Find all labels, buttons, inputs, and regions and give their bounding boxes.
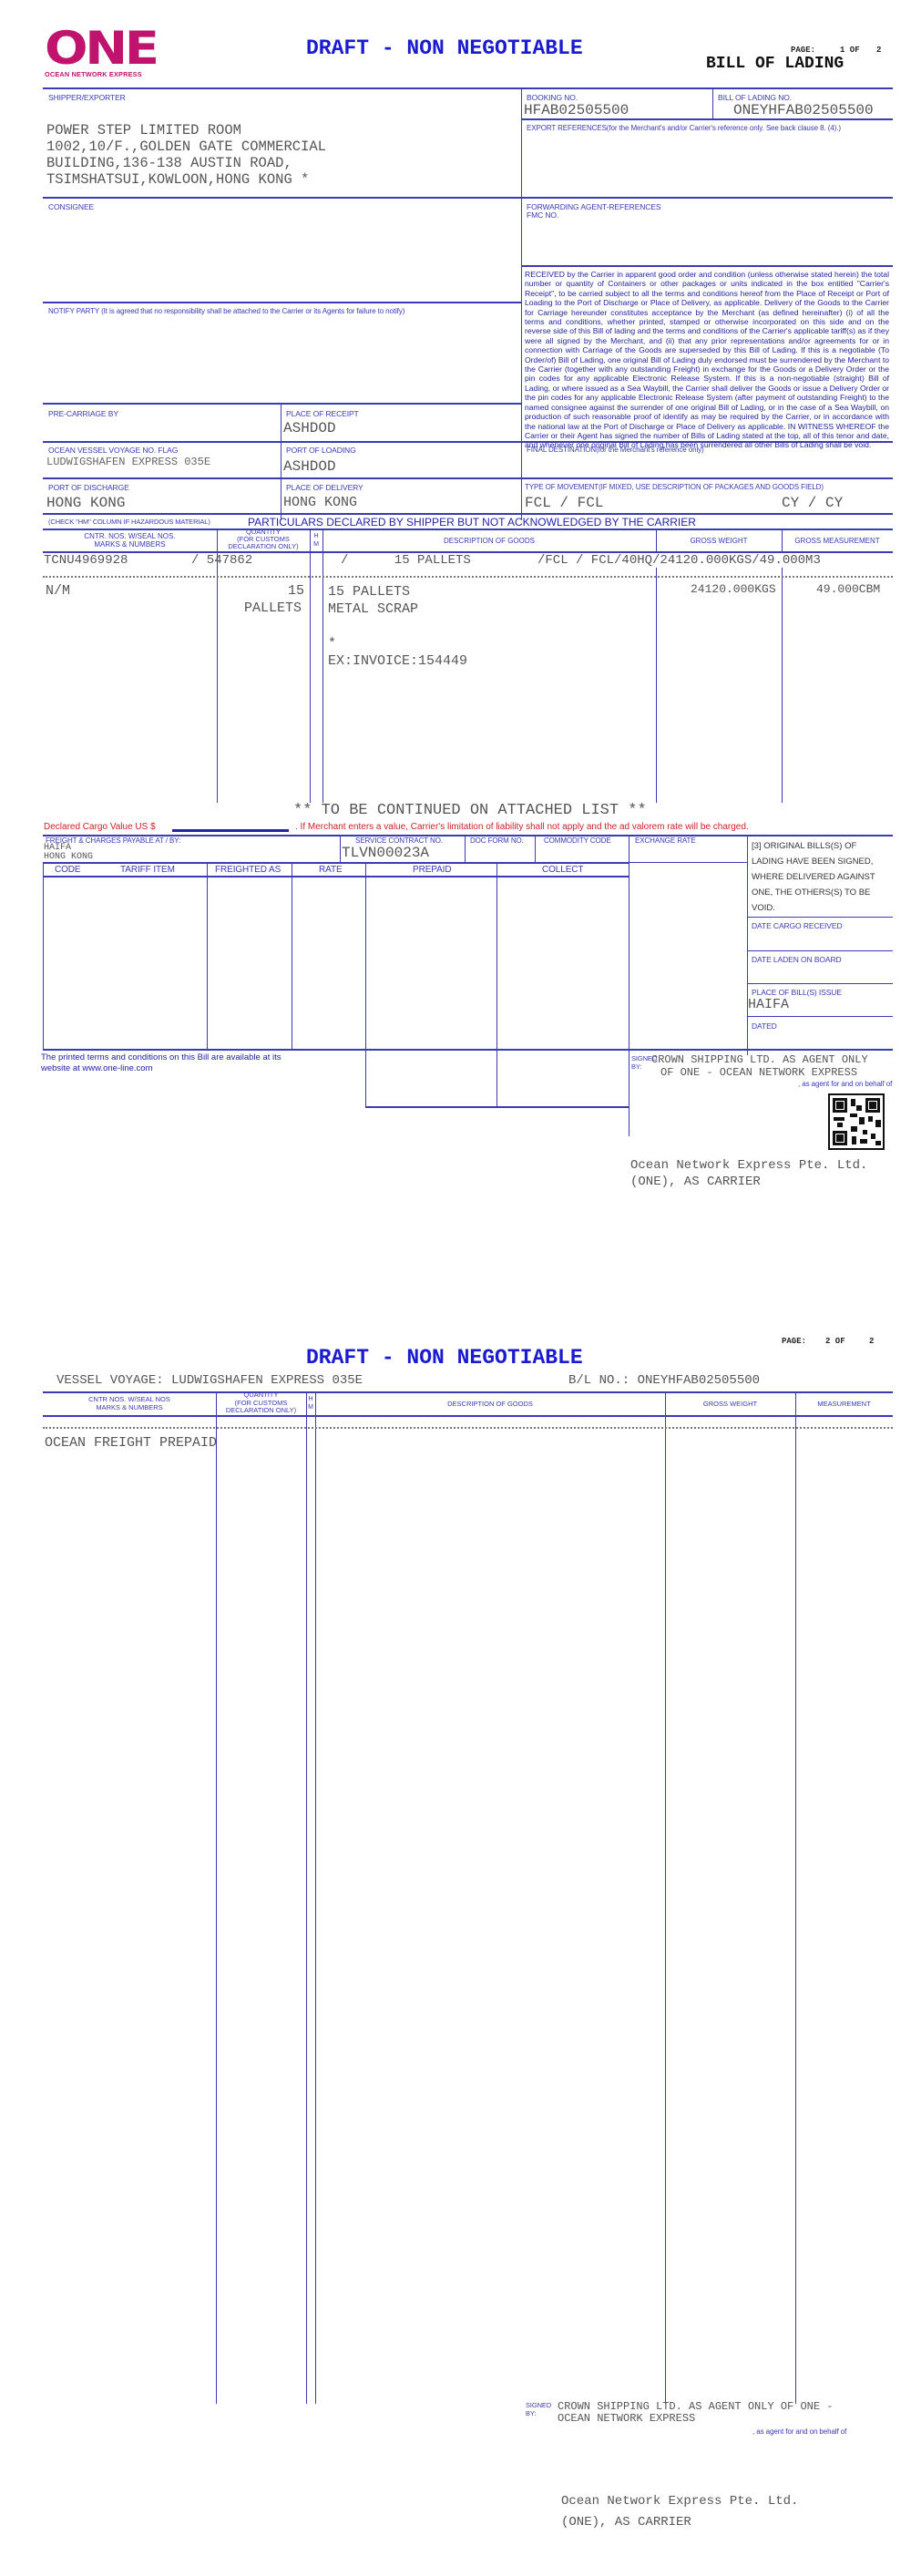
place-of-receipt-value: ASHDOD	[283, 420, 336, 436]
column-header-marks: CNTR. NOS. W/SEAL NOS. MARKS & NUMBERS	[43, 532, 217, 549]
page2-row-marks: OCEAN FREIGHT PREPAID	[45, 1435, 217, 1451]
commodity-code-label: COMMODITY CODE	[544, 836, 611, 845]
vessel-voyage-label: OCEAN VESSEL VOYAGE NO. FLAG	[48, 446, 178, 455]
container-details: /FCL / FCL/40HQ/24120.000KGS/49.000M3	[537, 553, 821, 568]
page2-column-header-marks: CNTR NOS. W/SEAL NOS MARKS & NUMBERS	[43, 1395, 216, 1411]
consignee-label: CONSIGNEE	[48, 202, 94, 211]
service-contract-label: SERVICE CONTRACT NO.	[355, 836, 443, 845]
page2-column-header-hm: H M	[306, 1395, 315, 1411]
charges-col-prepaid: PREPAID	[413, 865, 451, 875]
declared-value-notice: . If Merchant enters a value, Carrier's …	[295, 822, 749, 832]
place-of-delivery-value: HONG KONG	[283, 495, 357, 510]
page-total: 2	[876, 46, 881, 55]
goods-marks: N/M	[46, 583, 70, 599]
place-of-receipt-label: PLACE OF RECEIPT	[286, 409, 359, 418]
movement-type-right: CY / CY	[782, 495, 843, 511]
shipper-label: SHIPPER/EXPORTER	[48, 93, 126, 102]
draft-title: DRAFT - NON NEGOTIABLE	[306, 36, 583, 60]
goods-gross-measurement: 49.000CBM	[816, 582, 880, 596]
page2-bl-number: B/L NO.: ONEYHFAB02505500	[568, 1373, 760, 1388]
goods-gross-weight: 24120.000KGS	[691, 582, 776, 596]
container-number: TCNU4969928	[44, 553, 128, 568]
page2-draft-title: DRAFT - NON NEGOTIABLE	[306, 1346, 583, 1370]
column-header-quantity: QUANTITY (FOR CUSTOMS DECLARATION ONLY)	[217, 529, 310, 550]
col-divider	[217, 529, 218, 803]
agent-note: , as agent for and on behalf of	[798, 1080, 892, 1088]
page2-column-header-measurement: MEASUREMENT	[795, 1400, 893, 1408]
dated-label: DATED	[752, 1021, 777, 1031]
column-header-gross-weight: GROSS WEIGHT	[656, 537, 782, 545]
charges-col-tariff: TARIFF ITEM	[120, 865, 175, 875]
qr-code-icon	[828, 1093, 885, 1150]
page2-vessel-voyage: VESSEL VOYAGE: LUDWIGSHAFEN EXPRESS 035E	[56, 1373, 363, 1388]
page2-column-header-description: DESCRIPTION OF GOODS	[315, 1400, 665, 1408]
page2-column-header-weight: GROSS WEIGHT	[665, 1400, 795, 1408]
shipper-address: POWER STEP LIMITED ROOM 1002,10/F.,GOLDE…	[46, 122, 326, 188]
charges-col-code: CODE	[55, 865, 81, 875]
seal-number: / 547862	[191, 553, 252, 568]
date-laden-label: DATE LADEN ON BOARD	[752, 955, 842, 964]
bl-number: ONEYHFAB02505500	[733, 102, 874, 118]
page2-indicator: 2 OF	[825, 1337, 845, 1346]
vessel-voyage-value: LUDWIGSHAFEN EXPRESS 035E	[46, 456, 210, 468]
page2-signed-label: SIGNED BY:	[526, 2401, 551, 2417]
page-label: PAGE:	[791, 46, 815, 55]
page2-column-header-quantity: QUANTITY (FOR CUSTOMS DECLARATION ONLY)	[216, 1391, 306, 1415]
charges-col-collect: COLLECT	[542, 865, 583, 875]
column-header-hm: H M	[310, 532, 322, 549]
column-header-description: DESCRIPTION OF GOODS	[322, 537, 656, 545]
website-note: The printed terms and conditions on this…	[41, 1052, 281, 1074]
movement-type-left: FCL / FCL	[525, 495, 603, 511]
doc-form-label: DOC FORM NO.	[470, 836, 524, 845]
fmc-number-label: FMC NO.	[527, 210, 558, 220]
charges-col-freighted-as: FREIGHTED AS	[215, 865, 281, 875]
continued-note: ** TO BE CONTINUED ON ATTACHED LIST **	[293, 802, 647, 819]
carrier-name: Ocean Network Express Pte. Ltd. (ONE), A…	[630, 1157, 867, 1190]
logo-text: ONE	[45, 28, 165, 68]
column-header-gross-measurement: GROSS MEASUREMENT	[782, 537, 893, 545]
declared-value-field[interactable]	[172, 829, 289, 832]
signed-by-text: CROWN SHIPPING LTD. AS AGENT ONLY OF ONE…	[651, 1053, 868, 1079]
goods-description: 15 PALLETS METAL SCRAP * EX:INVOICE:1544…	[328, 583, 467, 670]
page2-signed-by-text: CROWN SHIPPING LTD. AS AGENT ONLY OF ONE…	[558, 2401, 833, 2425]
export-references-label: EXPORT REFERENCES(for the Merchant's and…	[527, 124, 841, 132]
final-destination-label: FINAL DESTINATION(for the Merchant's ref…	[527, 446, 704, 454]
page2-carrier-name: Ocean Network Express Pte. Ltd. (ONE), A…	[561, 2491, 798, 2533]
movement-type-label: TYPE OF MOVEMENT(IF MIXED, USE DESCRIPTI…	[525, 483, 824, 491]
particulars-heading: PARTICULARS DECLARED BY SHIPPER BUT NOT …	[248, 516, 696, 529]
page2-total: 2	[869, 1337, 874, 1346]
pre-carriage-label: PRE-CARRIAGE BY	[48, 409, 118, 418]
page2-label: PAGE:	[782, 1337, 806, 1346]
freight-payable-values: HAIFA HONG KONG	[44, 844, 93, 862]
service-contract-value: TLVN00023A	[342, 845, 429, 861]
date-cargo-received-label: DATE CARGO RECEIVED	[752, 921, 843, 930]
document-title: BILL OF LADING	[706, 55, 844, 73]
one-logo: ONE OCEAN NETWORK EXPRESS	[45, 28, 152, 78]
page-indicator: 1 OF	[840, 46, 860, 55]
notify-party-label: NOTIFY PARTY (It is agreed that no respo…	[48, 307, 404, 315]
hazard-note: (CHECK "HM" COLUMN IF HAZARDOUS MATERIAL…	[48, 518, 210, 526]
exchange-rate-label: EXCHANGE RATE	[635, 836, 696, 845]
goods-quantity-unit: PALLETS	[244, 600, 302, 616]
charges-col-rate: RATE	[319, 865, 343, 875]
booking-label: BOOKING NO.	[527, 93, 578, 102]
port-of-discharge-value: HONG KONG	[46, 495, 125, 511]
place-of-delivery-label: PLACE OF DELIVERY	[286, 483, 363, 492]
place-of-issue-value: HAIFA	[748, 997, 789, 1012]
originals-note: [3] ORIGINAL BILLS(S) OF LADING HAVE BEE…	[752, 838, 875, 916]
goods-quantity-number: 15	[288, 583, 304, 599]
bl-number-label: BILL OF LADING NO.	[718, 93, 792, 102]
place-of-issue-label: PLACE OF BILL(S) ISSUE	[752, 988, 842, 997]
port-of-discharge-label: PORT OF DISCHARGE	[48, 483, 129, 492]
booking-number: HFAB02505500	[524, 102, 629, 118]
page2-agent-note: , as agent for and on behalf of	[752, 2427, 846, 2436]
terms-and-conditions: RECEIVED by the Carrier in apparent good…	[525, 270, 889, 450]
port-of-loading-value: ASHDOD	[283, 458, 336, 475]
port-of-loading-label: PORT OF LOADING	[286, 446, 356, 455]
container-packages: / 15 PALLETS	[341, 553, 471, 568]
declared-value-label: Declared Cargo Value US $	[44, 822, 156, 832]
